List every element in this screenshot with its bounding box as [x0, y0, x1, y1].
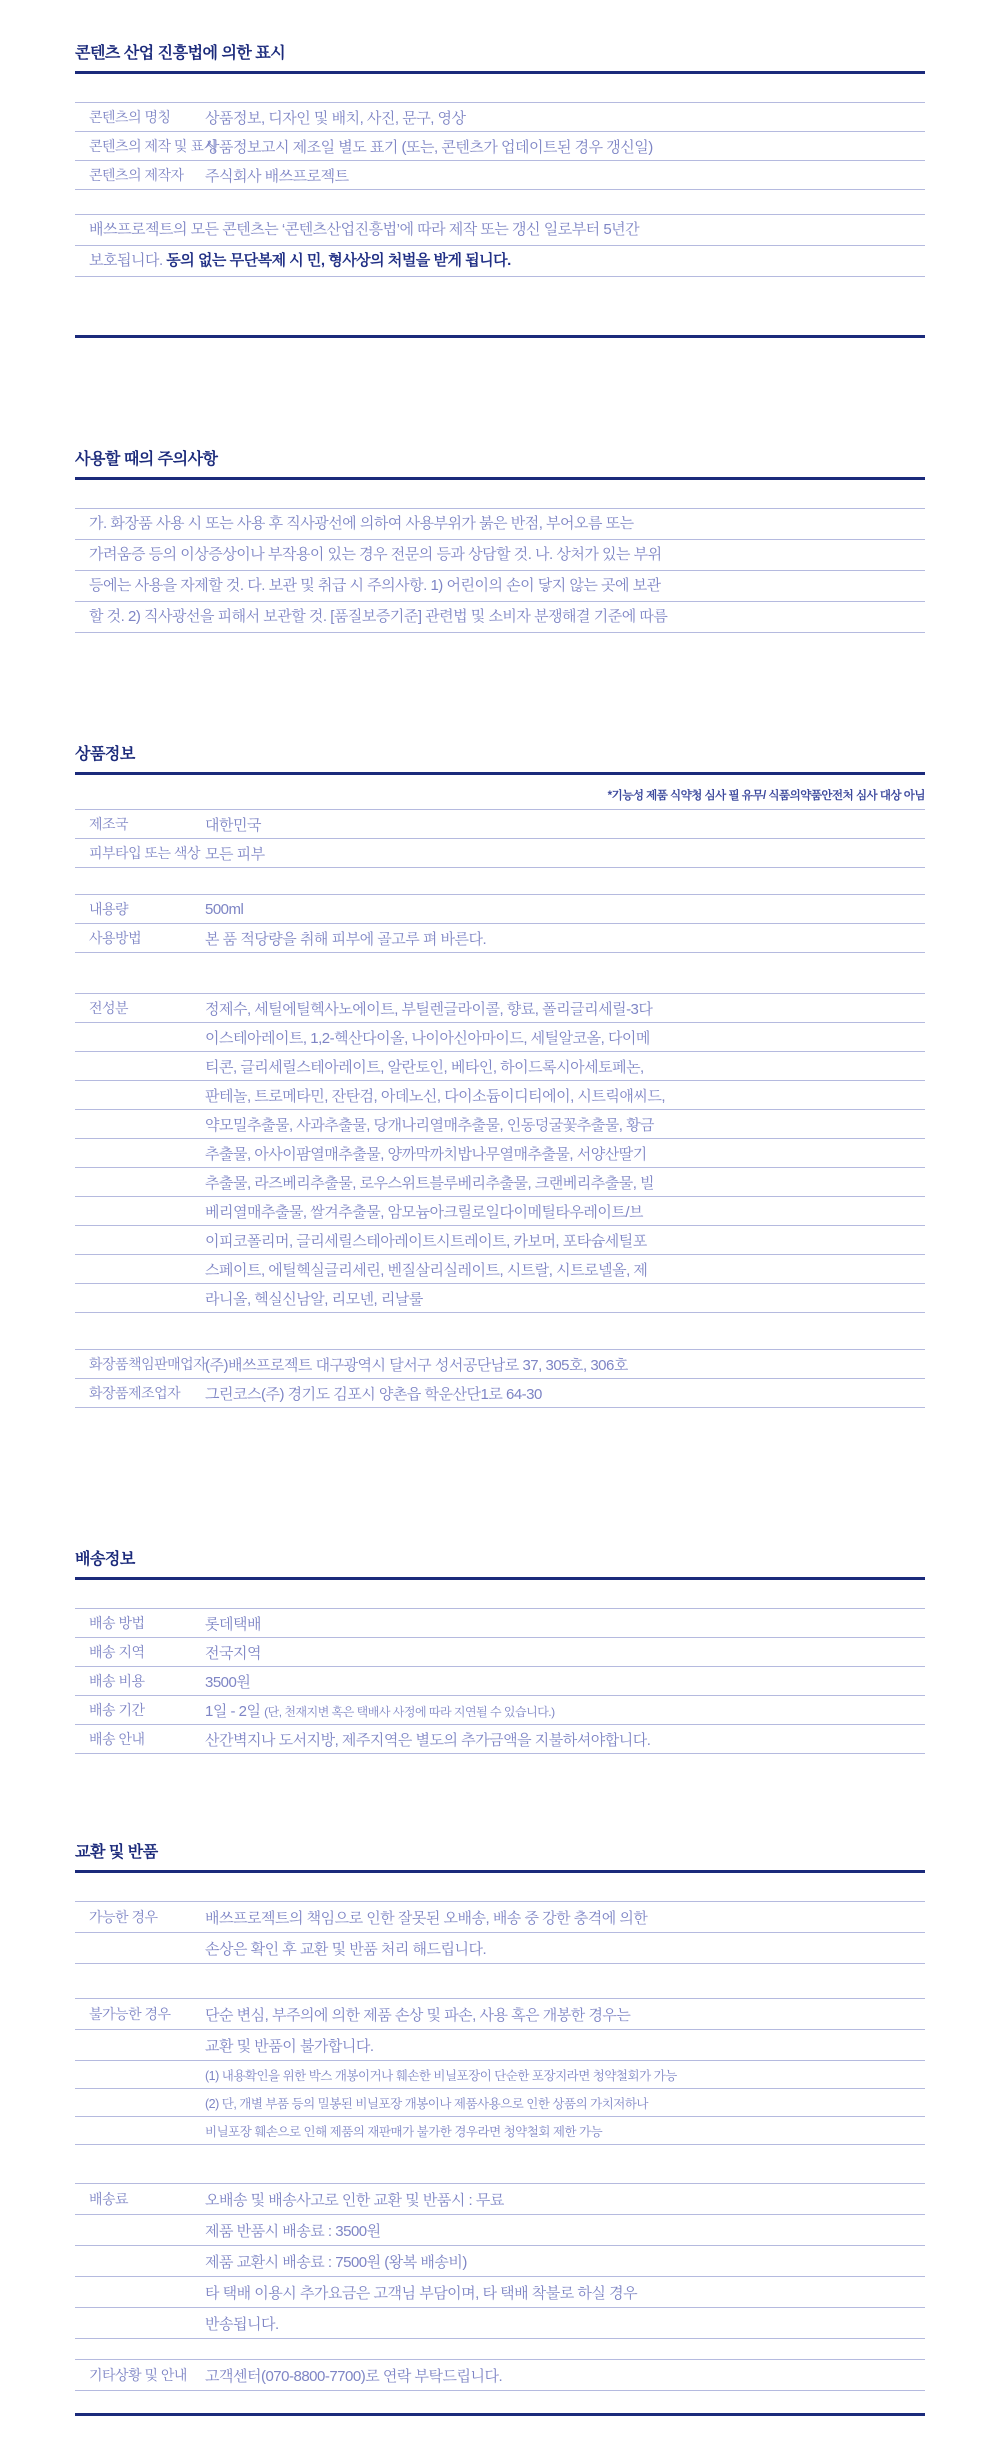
- table-row: 스페이트, 에틸헥실글리세린, 벤질살리실레이트, 시트랄, 시트로넬올, 제: [75, 1254, 925, 1283]
- row-label: 배송 안내: [89, 1729, 205, 1749]
- row-value-text: 모든 피부: [205, 846, 265, 863]
- table-row: 콘텐츠의 명칭상품정보, 디자인 및 배치, 사진, 문구, 영상: [75, 102, 925, 131]
- row-label: 화장품책임판매업자: [89, 1354, 205, 1374]
- row-value: 제품 반품시 배송료 : 3500원: [205, 2220, 925, 2241]
- section-exchange: 교환 및 반품가능한 경우배쓰프로젝트의 책임으로 인한 잘못된 오배송, 배송…: [75, 1839, 925, 2416]
- row-value: 반송됩니다.: [205, 2313, 925, 2334]
- row-value-text: 3500원: [205, 1674, 250, 1691]
- section-title: 사용할 때의 주의사항: [75, 446, 925, 480]
- row-value: 스페이트, 에틸헥실글리세린, 벤질살리실레이트, 시트랄, 시트로넬올, 제: [205, 1259, 925, 1280]
- row-value-text: 이피코폴리머, 글리세릴스테아레이트시트레이트, 카보머, 포타슘세틸포: [205, 1233, 647, 1250]
- row-label: 배송 기간: [89, 1700, 205, 1720]
- table-row: 베리열매추출물, 쌀겨추출물, 암모늄아크릴로일다이메틸타우레이트/브: [75, 1196, 925, 1225]
- paragraph-row: 보호됩니다. 동의 없는 무단복제 시 민, 형사상의 처벌을 받게 됩니다.: [75, 245, 925, 276]
- row-label: 배송 비용: [89, 1671, 205, 1691]
- block-caution-text: 가. 화장품 사용 시 또는 사용 후 직사광선에 의하여 사용부위가 붉은 반…: [75, 508, 925, 633]
- row-value: 이피코폴리머, 글리세릴스테아레이트시트레이트, 카보머, 포타슘세틸포: [205, 1230, 925, 1251]
- row-value: 전국지역: [205, 1642, 925, 1663]
- table-row: 제품 교환시 배송료 : 7500원 (왕복 배송비): [75, 2245, 925, 2276]
- table-row: 불가능한 경우단순 변심, 부주의에 의한 제품 손상 및 파손, 사용 혹은 …: [75, 1998, 925, 2029]
- table-row: 비닐포장 훼손으로 인해 제품의 재판매가 불가한 경우라면 청약철회 제한 가…: [75, 2116, 925, 2144]
- row-value: 타 택배 이용시 추가요금은 고객님 부담이며, 타 택배 착불로 하실 경우: [205, 2282, 925, 2303]
- table-row: 배송 비용3500원: [75, 1666, 925, 1695]
- row-label: 사용방법: [89, 928, 205, 948]
- table-row: 반송됩니다.: [75, 2307, 925, 2338]
- table-row: (2) 단, 개별 부품 등의 밀봉된 비닐포장 개봉이나 제품사용으로 인한 …: [75, 2088, 925, 2116]
- row-value: 약모밀추출물, 사과추출물, 당개나리열매추출물, 인동덩굴꽃추출물, 황금: [205, 1114, 925, 1135]
- row-value: 상품정보, 디자인 및 배치, 사진, 문구, 영상: [205, 107, 925, 128]
- row-value: 산간벽지나 도서지방, 제주지역은 별도의 추가금액을 지불하셔야합니다.: [205, 1729, 925, 1750]
- row-value: 티콘, 글리세릴스테아레이트, 알란토인, 베타인, 하이드록시아세토페논,: [205, 1056, 925, 1077]
- table-row: 화장품제조업자그린코스(주) 경기도 김포시 양촌읍 학운산단1로 64-30: [75, 1378, 925, 1407]
- row-value-text: (2) 단, 개별 부품 등의 밀봉된 비닐포장 개봉이나 제품사용으로 인한 …: [205, 2097, 648, 2111]
- table-row: 타 택배 이용시 추가요금은 고객님 부담이며, 타 택배 착불로 하실 경우: [75, 2276, 925, 2307]
- table-row: 전성분정제수, 세틸에틸헥사노에이트, 부틸렌글라이콜, 향료, 폴리글리세릴-…: [75, 993, 925, 1022]
- row-value-text: 추출물, 라즈베리추출물, 로우스위트블루베리추출물, 크랜베리추출물, 빌: [205, 1175, 654, 1192]
- row-value: (1) 내용확인을 위한 박스 개봉이거나 훼손한 비닐포장이 단순한 포장지라…: [205, 2066, 925, 2084]
- table-row: 사용방법본 품 적당량을 취해 피부에 골고루 펴 바른다.: [75, 923, 925, 952]
- row-value: 비닐포장 훼손으로 인해 제품의 재판매가 불가한 경우라면 청약철회 제한 가…: [205, 2122, 925, 2140]
- table-row: 제품 반품시 배송료 : 3500원: [75, 2214, 925, 2245]
- row-value: 상품정보고시 제조일 별도 표기 (또는, 콘텐츠가 업데이트된 경우 갱신일): [205, 136, 925, 157]
- paragraph-text: 가려움증 등의 이상증상이나 부작용이 있는 경우 전문의 등과 상담할 것. …: [89, 546, 662, 563]
- table-row: 피부타입 또는 색상모든 피부: [75, 838, 925, 867]
- paragraph-line: 보호됩니다. 동의 없는 무단복제 시 민, 형사상의 처벌을 받게 됩니다.: [89, 250, 925, 272]
- row-label: 내용량: [89, 899, 205, 919]
- row-label: 콘텐츠의 제작 및 표시: [89, 136, 205, 156]
- table-row: 화장품책임판매업자(주)배쓰프로젝트 대구광역시 달서구 성서공단남로 37, …: [75, 1349, 925, 1378]
- table-row: 손상은 확인 후 교환 및 반품 처리 해드립니다.: [75, 1932, 925, 1963]
- section-title: 교환 및 반품: [75, 1839, 925, 1873]
- block-impossible: 불가능한 경우단순 변심, 부주의에 의한 제품 손상 및 파손, 사용 혹은 …: [75, 1998, 925, 2145]
- paragraph-row: 할 것. 2) 직사광선을 피해서 보관할 것. [품질보증기준] 관련법 및 …: [75, 601, 925, 632]
- row-label: 불가능한 경우: [89, 2004, 205, 2024]
- section-title: 배송정보: [75, 1546, 925, 1580]
- section-caution: 사용할 때의 주의사항가. 화장품 사용 시 또는 사용 후 직사광선에 의하여…: [75, 446, 925, 633]
- table-row: 배송 안내산간벽지나 도서지방, 제주지역은 별도의 추가금액을 지불하셔야합니…: [75, 1724, 925, 1753]
- row-value: 단순 변심, 부주의에 의한 제품 손상 및 파손, 사용 혹은 개봉한 경우는: [205, 2004, 925, 2025]
- row-value: 3500원: [205, 1671, 925, 1692]
- table-row: 배송 방법롯데택배: [75, 1608, 925, 1637]
- row-value-text: 주식회사 배쓰프로젝트: [205, 168, 349, 185]
- row-label: 기타상황 및 안내: [89, 2365, 205, 2385]
- section-end-line: [75, 335, 925, 338]
- row-value-text: 정제수, 세틸에틸헥사노에이트, 부틸렌글라이콜, 향료, 폴리글리세릴-3다: [205, 1001, 652, 1018]
- row-value-text: 그린코스(주) 경기도 김포시 양촌읍 학운산단1로 64-30: [205, 1386, 542, 1403]
- table-row: 배송 지역전국지역: [75, 1637, 925, 1666]
- row-label: 콘텐츠의 제작자: [89, 165, 205, 185]
- row-value: 대한민국: [205, 814, 925, 835]
- row-value: 이스테아레이트, 1,2-헥산다이올, 나이아신아마이드, 세틸알코올, 다이메: [205, 1027, 925, 1048]
- fn-note: *기능성 제품 식약청 심사 필 유무/ 식품의약품안전처 심사 대상 아님: [75, 787, 925, 803]
- row-value-text: 대한민국: [205, 817, 261, 834]
- block-fees: 배송료오배송 및 배송사고로 인한 교환 및 반품시 : 무료제품 반품시 배송…: [75, 2183, 925, 2339]
- paragraph-line: 등에는 사용을 자제할 것. 다. 보관 및 취급 시 주의사항. 1) 어린이…: [89, 575, 925, 597]
- row-value-text: 라니올, 헥실신남알, 리모넨, 리날룰: [205, 1291, 423, 1308]
- row-value: 1일 - 2일 (단, 천재지변 혹은 택배사 사정에 따라 지연될 수 있습니…: [205, 1700, 925, 1721]
- row-value-text: 전국지역: [205, 1645, 261, 1662]
- paragraph-row: 가. 화장품 사용 시 또는 사용 후 직사광선에 의하여 사용부위가 붉은 반…: [75, 508, 925, 539]
- table-row: 콘텐츠의 제작자주식회사 배쓰프로젝트: [75, 160, 925, 189]
- row-value-text: 제품 반품시 배송료 : 3500원: [205, 2223, 381, 2240]
- row-value-text: 판테놀, 트로메타민, 잔탄검, 아데노신, 다이소듐이디티에이, 시트릭애씨드…: [205, 1088, 665, 1105]
- block-usage: 내용량500ml사용방법본 품 적당량을 취해 피부에 골고루 펴 바른다.: [75, 894, 925, 953]
- section-title: 콘텐츠 산업 진흥법에 의한 표시: [75, 40, 925, 74]
- row-value-text: 단순 변심, 부주의에 의한 제품 손상 및 파손, 사용 혹은 개봉한 경우는: [205, 2007, 630, 2024]
- block-possible: 가능한 경우배쓰프로젝트의 책임으로 인한 잘못된 오배송, 배송 중 강한 충…: [75, 1901, 925, 1964]
- row-value-text: 스페이트, 에틸헥실글리세린, 벤질살리실레이트, 시트랄, 시트로넬올, 제: [205, 1262, 647, 1279]
- row-value-text: (주)배쓰프로젝트 대구광역시 달서구 성서공단남로 37, 305호, 306…: [205, 1357, 628, 1374]
- row-label: 배송료: [89, 2189, 205, 2209]
- row-value-text: 이스테아레이트, 1,2-헥산다이올, 나이아신아마이드, 세틸알코올, 다이메: [205, 1030, 650, 1047]
- paragraph-text: 할 것. 2) 직사광선을 피해서 보관할 것. [품질보증기준] 관련법 및 …: [89, 608, 667, 625]
- row-value-text: 추출물, 아사이팜열매추출물, 양까막까치밥나무열매추출물, 서양산딸기: [205, 1146, 647, 1163]
- paragraph-text: 배쓰프로젝트의 모든 콘텐츠는 ‘콘텐츠산업진흥법’에 따라 제작 또는 갱신 …: [89, 221, 639, 238]
- row-value-text: 본 품 적당량을 취해 피부에 골고루 펴 바른다.: [205, 931, 486, 948]
- section-product: 상품정보*기능성 제품 식약청 심사 필 유무/ 식품의약품안전처 심사 대상 …: [75, 741, 925, 1408]
- table-row: 티콘, 글리세릴스테아레이트, 알란토인, 베타인, 하이드록시아세토페논,: [75, 1051, 925, 1080]
- row-value: 라니올, 헥실신남알, 리모넨, 리날룰: [205, 1288, 925, 1309]
- row-value: 추출물, 아사이팜열매추출물, 양까막까치밥나무열매추출물, 서양산딸기: [205, 1143, 925, 1164]
- block-ingredients: 전성분정제수, 세틸에틸헥사노에이트, 부틸렌글라이콜, 향료, 폴리글리세릴-…: [75, 993, 925, 1313]
- row-value-text: (1) 내용확인을 위한 박스 개봉이거나 훼손한 비닐포장이 단순한 포장지라…: [205, 2069, 677, 2083]
- table-row: 라니올, 헥실신남알, 리모넨, 리날룰: [75, 1283, 925, 1312]
- row-value-text: 산간벽지나 도서지방, 제주지역은 별도의 추가금액을 지불하셔야합니다.: [205, 1732, 650, 1749]
- section-end-line: [75, 2413, 925, 2416]
- paragraph-row: 가려움증 등의 이상증상이나 부작용이 있는 경우 전문의 등과 상담할 것. …: [75, 539, 925, 570]
- paragraph-line: 배쓰프로젝트의 모든 콘텐츠는 ‘콘텐츠산업진흥법’에 따라 제작 또는 갱신 …: [89, 219, 925, 241]
- row-value-text: 비닐포장 훼손으로 인해 제품의 재판매가 불가한 경우라면 청약철회 제한 가…: [205, 2125, 602, 2139]
- row-value-text: 타 택배 이용시 추가요금은 고객님 부담이며, 타 택배 착불로 하실 경우: [205, 2285, 637, 2302]
- row-value-text: 500ml: [205, 901, 243, 918]
- row-value: 제품 교환시 배송료 : 7500원 (왕복 배송비): [205, 2251, 925, 2272]
- row-value-text: 상품정보고시 제조일 별도 표기 (또는, 콘텐츠가 업데이트된 경우 갱신일): [205, 139, 653, 156]
- paragraph-text: 등에는 사용을 자제할 것. 다. 보관 및 취급 시 주의사항. 1) 어린이…: [89, 577, 661, 594]
- row-value-text: 롯데택배: [205, 1616, 261, 1633]
- product-notice-document: 콘텐츠 산업 진흥법에 의한 표시콘텐츠의 명칭상품정보, 디자인 및 배치, …: [0, 40, 1000, 2452]
- row-label: 제조국: [89, 814, 205, 834]
- table-row: 기타상황 및 안내고객센터(070-8800-7700)로 연락 부탁드립니다.: [75, 2359, 925, 2390]
- paragraph-line: 가. 화장품 사용 시 또는 사용 후 직사광선에 의하여 사용부위가 붉은 반…: [89, 513, 925, 535]
- row-value: 판테놀, 트로메타민, 잔탄검, 아데노신, 다이소듐이디티에이, 시트릭애씨드…: [205, 1085, 925, 1106]
- row-value: 오배송 및 배송사고로 인한 교환 및 반품시 : 무료: [205, 2189, 925, 2210]
- row-value-text: 제품 교환시 배송료 : 7500원 (왕복 배송비): [205, 2254, 467, 2271]
- row-value: 교환 및 반품이 불가합니다.: [205, 2035, 925, 2056]
- row-value: 본 품 적당량을 취해 피부에 골고루 펴 바른다.: [205, 928, 925, 949]
- row-value: 배쓰프로젝트의 책임으로 인한 잘못된 오배송, 배송 중 강한 충격에 의한: [205, 1907, 925, 1928]
- table-row: 추출물, 아사이팜열매추출물, 양까막까치밥나무열매추출물, 서양산딸기: [75, 1138, 925, 1167]
- row-value: (2) 단, 개별 부품 등의 밀봉된 비닐포장 개봉이나 제품사용으로 인한 …: [205, 2094, 925, 2112]
- table-row: 배송 기간1일 - 2일 (단, 천재지변 혹은 택배사 사정에 따라 지연될 …: [75, 1695, 925, 1724]
- row-value-text: 오배송 및 배송사고로 인한 교환 및 반품시 : 무료: [205, 2192, 504, 2209]
- section-content-act: 콘텐츠 산업 진흥법에 의한 표시콘텐츠의 명칭상품정보, 디자인 및 배치, …: [75, 40, 925, 338]
- row-label: 배송 방법: [89, 1613, 205, 1633]
- paragraph-text: 보호됩니다.: [89, 252, 166, 269]
- row-value-text: 상품정보, 디자인 및 배치, 사진, 문구, 영상: [205, 110, 466, 127]
- paragraph-row: 배쓰프로젝트의 모든 콘텐츠는 ‘콘텐츠산업진흥법’에 따라 제작 또는 갱신 …: [75, 214, 925, 245]
- row-value: 손상은 확인 후 교환 및 반품 처리 해드립니다.: [205, 1938, 925, 1959]
- row-value: 그린코스(주) 경기도 김포시 양촌읍 학운산단1로 64-30: [205, 1383, 925, 1404]
- paragraph-text-bold: 동의 없는 무단복제 시 민, 형사상의 처벌을 받게 됩니다.: [166, 252, 510, 269]
- table-row: 교환 및 반품이 불가합니다.: [75, 2029, 925, 2060]
- row-value: 정제수, 세틸에틸헥사노에이트, 부틸렌글라이콜, 향료, 폴리글리세릴-3다: [205, 998, 925, 1019]
- row-value: 모든 피부: [205, 843, 925, 864]
- block-basic: 제조국대한민국피부타입 또는 색상모든 피부: [75, 809, 925, 868]
- row-value-text: 고객센터(070-8800-7700)로 연락 부탁드립니다.: [205, 2368, 502, 2385]
- row-value-text: 약모밀추출물, 사과추출물, 당개나리열매추출물, 인동덩굴꽃추출물, 황금: [205, 1117, 654, 1134]
- row-value-text: 베리열매추출물, 쌀겨추출물, 암모늄아크릴로일다이메틸타우레이트/브: [205, 1204, 643, 1221]
- row-value-text: 배쓰프로젝트의 책임으로 인한 잘못된 오배송, 배송 중 강한 충격에 의한: [205, 1910, 647, 1927]
- table-row: 배송료오배송 및 배송사고로 인한 교환 및 반품시 : 무료: [75, 2183, 925, 2214]
- section-title: 상품정보: [75, 741, 925, 775]
- row-value-text: 티콘, 글리세릴스테아레이트, 알란토인, 베타인, 하이드록시아세토페논,: [205, 1059, 644, 1076]
- row-value-small-text: (단, 천재지변 혹은 택배사 사정에 따라 지연될 수 있습니다.): [264, 1705, 554, 1719]
- table-row: 이피코폴리머, 글리세릴스테아레이트시트레이트, 카보머, 포타슘세틸포: [75, 1225, 925, 1254]
- table-row: 콘텐츠의 제작 및 표시상품정보고시 제조일 별도 표기 (또는, 콘텐츠가 업…: [75, 131, 925, 160]
- table-row: (1) 내용확인을 위한 박스 개봉이거나 훼손한 비닐포장이 단순한 포장지라…: [75, 2060, 925, 2088]
- block-etc: 기타상황 및 안내고객센터(070-8800-7700)로 연락 부탁드립니다.: [75, 2359, 925, 2391]
- block-shipping-table: 배송 방법롯데택배배송 지역전국지역배송 비용3500원배송 기간1일 - 2일…: [75, 1608, 925, 1754]
- row-value: 500ml: [205, 901, 925, 918]
- row-label: 화장품제조업자: [89, 1383, 205, 1403]
- row-label: 피부타입 또는 색상: [89, 843, 205, 863]
- table-row: 추출물, 라즈베리추출물, 로우스위트블루베리추출물, 크랜베리추출물, 빌: [75, 1167, 925, 1196]
- row-label: 콘텐츠의 명칭: [89, 107, 205, 127]
- row-value-text: 손상은 확인 후 교환 및 반품 처리 해드립니다.: [205, 1941, 486, 1958]
- block-copyright: 배쓰프로젝트의 모든 콘텐츠는 ‘콘텐츠산업진흥법’에 따라 제작 또는 갱신 …: [75, 214, 925, 277]
- row-value-text: 1일 - 2일: [205, 1703, 264, 1720]
- table-row: 내용량500ml: [75, 894, 925, 923]
- row-value: (주)배쓰프로젝트 대구광역시 달서구 성서공단남로 37, 305호, 306…: [205, 1354, 925, 1375]
- section-shipping: 배송정보배송 방법롯데택배배송 지역전국지역배송 비용3500원배송 기간1일 …: [75, 1546, 925, 1754]
- block-content-info: 콘텐츠의 명칭상품정보, 디자인 및 배치, 사진, 문구, 영상콘텐츠의 제작…: [75, 102, 925, 190]
- paragraph-line: 할 것. 2) 직사광선을 피해서 보관할 것. [품질보증기준] 관련법 및 …: [89, 606, 925, 628]
- table-row: 약모밀추출물, 사과추출물, 당개나리열매추출물, 인동덩굴꽃추출물, 황금: [75, 1109, 925, 1138]
- table-row: 가능한 경우배쓰프로젝트의 책임으로 인한 잘못된 오배송, 배송 중 강한 충…: [75, 1901, 925, 1932]
- row-label: 가능한 경우: [89, 1907, 205, 1927]
- row-value: 주식회사 배쓰프로젝트: [205, 165, 925, 186]
- paragraph-text: 가. 화장품 사용 시 또는 사용 후 직사광선에 의하여 사용부위가 붉은 반…: [89, 515, 634, 532]
- paragraph-row: 등에는 사용을 자제할 것. 다. 보관 및 취급 시 주의사항. 1) 어린이…: [75, 570, 925, 601]
- row-value: 고객센터(070-8800-7700)로 연락 부탁드립니다.: [205, 2365, 925, 2386]
- row-value: 롯데택배: [205, 1613, 925, 1634]
- row-value-text: 반송됩니다.: [205, 2316, 279, 2333]
- row-value: 베리열매추출물, 쌀겨추출물, 암모늄아크릴로일다이메틸타우레이트/브: [205, 1201, 925, 1222]
- table-row: 판테놀, 트로메타민, 잔탄검, 아데노신, 다이소듐이디티에이, 시트릭애씨드…: [75, 1080, 925, 1109]
- table-row: 이스테아레이트, 1,2-헥산다이올, 나이아신아마이드, 세틸알코올, 다이메: [75, 1022, 925, 1051]
- row-value-text: 교환 및 반품이 불가합니다.: [205, 2038, 374, 2055]
- row-label: 전성분: [89, 998, 205, 1018]
- paragraph-line: 가려움증 등의 이상증상이나 부작용이 있는 경우 전문의 등과 상담할 것. …: [89, 544, 925, 566]
- row-value: 추출물, 라즈베리추출물, 로우스위트블루베리추출물, 크랜베리추출물, 빌: [205, 1172, 925, 1193]
- table-row: 제조국대한민국: [75, 809, 925, 838]
- block-makers: 화장품책임판매업자(주)배쓰프로젝트 대구광역시 달서구 성서공단남로 37, …: [75, 1349, 925, 1408]
- row-label: 배송 지역: [89, 1642, 205, 1662]
